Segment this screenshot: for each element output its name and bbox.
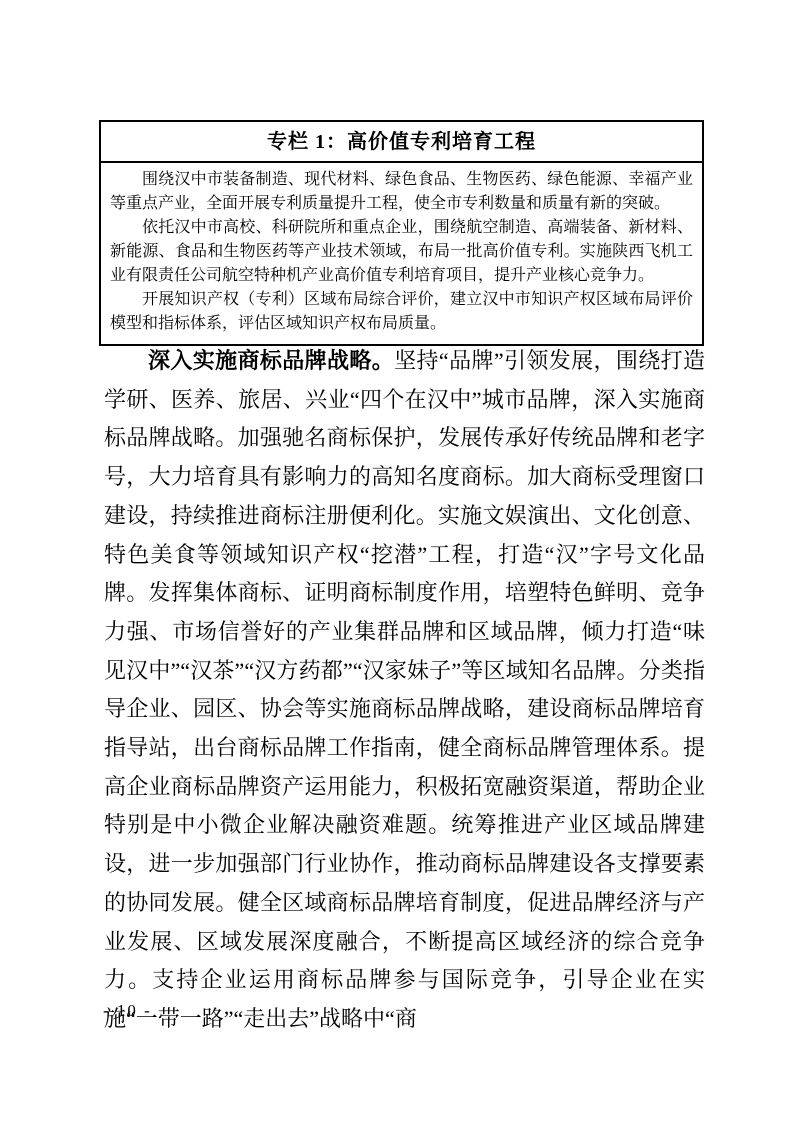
column-box-title: 专栏 1：高价值专利培育工程 <box>101 122 702 163</box>
paragraph-text: 坚持“品牌”引领发展，围绕打造学研、医养、旅居、兴业“四个在汉中”城市品牌，深入… <box>104 348 705 1031</box>
column-box-body: 围绕汉中市装备制造、现代材料、绿色食品、生物医药、绿色能源、幸福产业等重点产业，… <box>101 163 702 344</box>
box-paragraph: 依托汉中市高校、科研院所和重点企业，围绕航空制造、高端装备、新材料、新能源、食品… <box>110 216 693 288</box>
box-paragraph: 开展知识产权（专利）区域布局综合评价，建立汉中市知识产权区域布局评价模型和指标体… <box>110 288 693 336</box>
paragraph-lead: 深入实施商标品牌战略。 <box>148 348 394 373</box>
page-number: - 10 - <box>103 1000 152 1022</box>
main-paragraph: 深入实施商标品牌战略。坚持“品牌”引领发展，围绕打造学研、医养、旅居、兴业“四个… <box>104 342 705 1039</box>
main-text-block: 深入实施商标品牌战略。坚持“品牌”引领发展，围绕打造学研、医养、旅居、兴业“四个… <box>104 342 705 1039</box>
document-page: 专栏 1：高价值专利培育工程 围绕汉中市装备制造、现代材料、绿色食品、生物医药、… <box>0 0 793 1122</box>
column-box: 专栏 1：高价值专利培育工程 围绕汉中市装备制造、现代材料、绿色食品、生物医药、… <box>99 120 704 346</box>
box-paragraph: 围绕汉中市装备制造、现代材料、绿色食品、生物医药、绿色能源、幸福产业等重点产业，… <box>110 168 693 216</box>
